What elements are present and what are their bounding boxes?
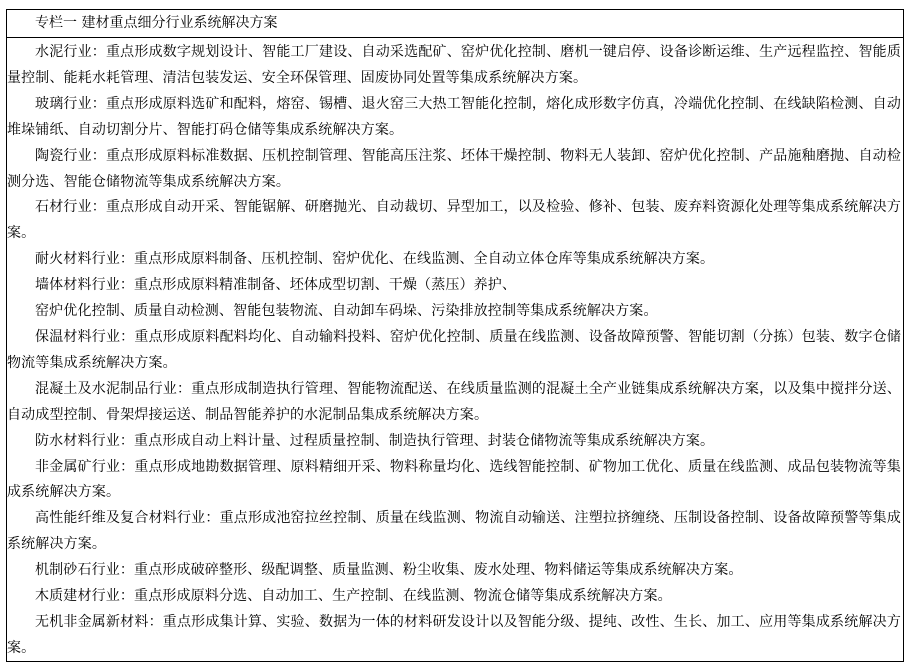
- paragraph-ceramics: 陶瓷行业：重点形成原料标准数据、压机控制管理、智能高压注浆、坯体干燥控制、物料无…: [7, 144, 901, 196]
- paragraph-waterproof: 防水材料行业：重点形成自动上料计量、过程质量控制、制造执行管理、封装仓储物流等集…: [7, 429, 901, 455]
- paragraph-fiber-composite: 高性能纤维及复合材料行业：重点形成池窑拉丝控制、质量在线监测、物流自动输送、注塑…: [7, 506, 901, 558]
- paragraph-wall-materials-cont: 窑炉优化控制、质量自动检测、智能包装物流、自动卸车码垛、污染排放控制等集成系统解…: [7, 299, 901, 325]
- paragraph-glass: 玻璃行业：重点形成原料选矿和配料，熔窑、锡槽、退火窑三大热工智能化控制，熔化成形…: [7, 92, 901, 144]
- paragraph-wood-materials: 木质建材行业：重点形成原料分选、自动加工、生产控制、在线监测、物流仓储等集成系统…: [7, 584, 901, 610]
- paragraph-refractory: 耐火材料行业：重点形成原料制备、压机控制、窑炉优化、在线监测、全自动立体仓库等集…: [7, 247, 901, 273]
- paragraph-insulation: 保温材料行业：重点形成原料配料均化、自动输料投料、窑炉优化控制、质量在线监测、设…: [7, 325, 901, 377]
- paragraph-manufactured-sand: 机制砂石行业：重点形成破碎整形、级配调整、质量监测、粉尘收集、废水处理、物料储运…: [7, 558, 901, 584]
- paragraph-nonmetal-mining: 非金属矿行业：重点形成地勘数据管理、原料精细开采、物料称量均化、选线智能控制、矿…: [7, 455, 901, 507]
- paragraph-stone: 石材行业：重点形成自动开采、智能锯解、研磨抛光、自动裁切、异型加工，以及检验、修…: [7, 195, 901, 247]
- sidebar-box-table: 专栏一 建材重点细分行业系统解决方案 水泥行业：重点形成数字规划设计、智能工厂建…: [6, 9, 904, 662]
- paragraph-cement: 水泥行业：重点形成数字规划设计、智能工厂建设、自动采选配矿、窑炉优化控制、磨机一…: [7, 40, 901, 92]
- paragraph-concrete: 混凝土及水泥制品行业：重点形成制造执行管理、智能物流配送、在线质量监测的混凝土全…: [7, 377, 901, 429]
- box-title: 专栏一 建材重点细分行业系统解决方案: [7, 10, 903, 38]
- box-body: 水泥行业：重点形成数字规划设计、智能工厂建设、自动采选配矿、窑炉优化控制、磨机一…: [7, 38, 903, 662]
- paragraph-inorganic-new-materials: 无机非金属新材料：重点形成集计算、实验、数据为一体的材料研发设计以及智能分级、提…: [7, 610, 901, 662]
- paragraph-wall-materials: 墙体材料行业：重点形成原料精准制备、坯体成型切割、干燥（蒸压）养护、: [7, 273, 901, 299]
